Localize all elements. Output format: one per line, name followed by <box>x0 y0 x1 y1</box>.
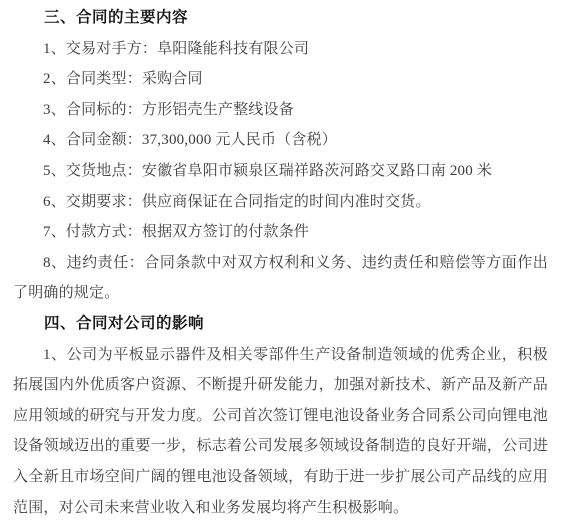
contract-item-delivery-place: 5、交货地点：安徽省阜阳市颍泉区瑞祥路茨河路交叉路口南 200 米 <box>13 156 548 187</box>
section-heading: 四、合同对公司的影响 <box>13 309 548 340</box>
contract-item-amount: 4、合同金额：37,300,000 元人民币（含税） <box>13 125 548 156</box>
section-contract-main-content: 三、合同的主要内容 1、交易对手方：阜阳隆能科技有限公司 2、合同类型：采购合同… <box>13 3 548 309</box>
contract-item-counterparty: 1、交易对手方：阜阳隆能科技有限公司 <box>13 34 548 65</box>
contract-item-type: 2、合同类型：采购合同 <box>13 64 548 95</box>
contract-item-payment: 7、付款方式：根据双方签订的付款条件 <box>13 217 548 248</box>
contract-item-subject: 3、合同标的：方形铝壳生产整线设备 <box>13 95 548 126</box>
section-contract-impact: 四、合同对公司的影响 1、公司为平板显示器件及相关零部件生产设备制造领域的优秀企… <box>13 309 548 523</box>
contract-item-liability: 8、违约责任：合同条款中对双方权利和义务、违约责任和赔偿等方面作出了明确的规定。 <box>13 248 548 309</box>
impact-paragraph: 1、公司为平板显示器件及相关零部件生产设备制造领域的优秀企业，积极拓展国内外优质… <box>13 340 548 524</box>
contract-item-delivery-term: 6、交期要求：供应商保证在合同指定的时间内准时交货。 <box>13 187 548 218</box>
document-page: 三、合同的主要内容 1、交易对手方：阜阳隆能科技有限公司 2、合同类型：采购合同… <box>0 0 562 528</box>
section-heading: 三、合同的主要内容 <box>13 3 548 34</box>
